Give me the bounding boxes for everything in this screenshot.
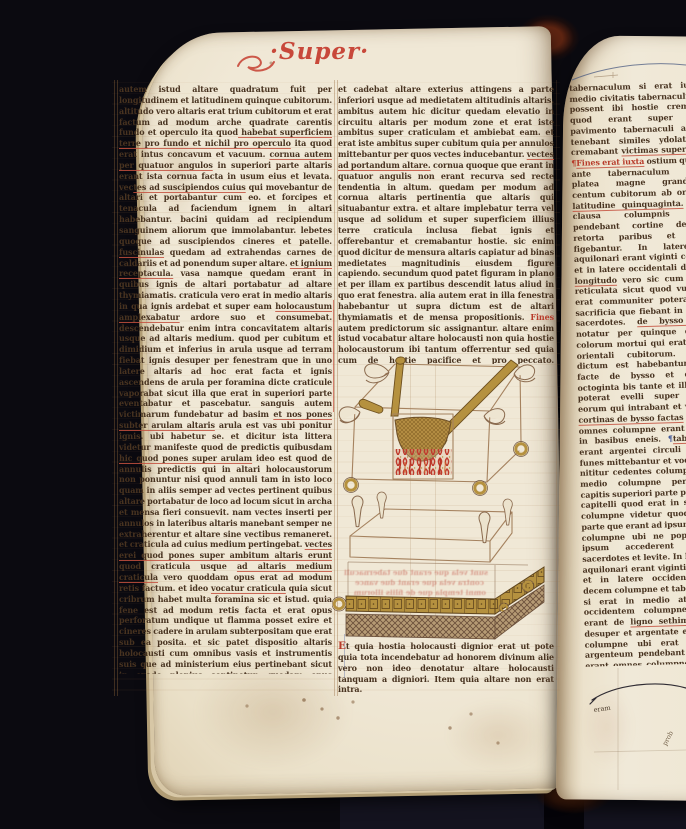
svg-text:contra vela que erant due vanc: contra vela que erant due vance xyxy=(355,578,484,587)
text-column-right-lower: Et quia hostia holocausti dignior erat u… xyxy=(338,641,554,697)
svg-text:omni templa que de filiis illo: omni templa que de filiis illorum xyxy=(353,588,486,597)
column-rule xyxy=(114,80,115,696)
text-segment: t quia hostia holocausti dignior erat ut… xyxy=(338,641,554,694)
text-column-left: autem istud altare quadratum fuit per lo… xyxy=(119,84,332,674)
text-segment: vocatur craticula xyxy=(211,583,286,593)
text-segment: tabulis vero xyxy=(673,432,686,444)
altar-flames xyxy=(394,449,452,475)
text-segment: longitudo xyxy=(574,274,617,285)
text-segment: ideo est quod de annulis predictis qui i… xyxy=(119,453,332,550)
svg-text:sunt vela que erant due tabern: sunt vela que erant due tabernaculi xyxy=(344,568,488,577)
text-segment: ligno sethim xyxy=(630,615,686,627)
text-segment: quod craticula usque xyxy=(119,561,237,571)
golden-ornament-band xyxy=(346,596,495,614)
parchment-specks xyxy=(0,0,2,2)
text-segment: hic quod pones super arulam xyxy=(119,453,252,463)
text-segment: notatur per quinque emptores colorum mor… xyxy=(576,325,686,414)
text-segment: de bysso retorta xyxy=(637,314,686,326)
column-rule xyxy=(117,80,118,696)
pole-hook xyxy=(359,399,383,413)
pen-note: eram xyxy=(593,704,611,714)
blue-pen-arc xyxy=(566,56,686,88)
table-shadow-left xyxy=(340,786,562,829)
hatched-base xyxy=(346,614,495,639)
text-segment: ardore suo et consumebat. descendebatur … xyxy=(119,312,332,420)
text-segment: tes ad suscipiendos cuius xyxy=(133,182,245,192)
running-title: ·Super· xyxy=(236,38,386,80)
show-through-text: sunt vela que erant due tabernaculi cont… xyxy=(344,568,488,597)
text-segment: et cadebat altare exterius attingens a p… xyxy=(338,84,554,159)
altar-body: sunt vela que erant due tabernaculi cont… xyxy=(332,562,544,639)
text-segment: cornua quoque que erant in quatuor angul… xyxy=(338,160,554,322)
text-segment: erant argentei circuli per quos funes mi… xyxy=(579,443,686,628)
running-title-text: ·Super· xyxy=(270,38,369,65)
facing-page-text-column: tabernaculum si erat iuxta in medio civi… xyxy=(569,79,686,667)
text-column-right-upper: et cadebat altare exterius attingens a p… xyxy=(338,84,554,364)
diagonal-note: prob xyxy=(661,730,675,747)
text-segment: victimas super altaria. xyxy=(621,143,686,156)
ledge-posts xyxy=(352,492,512,543)
text-segment: fuscinulas xyxy=(119,247,164,257)
pen-flourish: eram prob xyxy=(560,668,686,798)
text-segment: quia sicut cribrum habet multa foramina … xyxy=(119,583,332,674)
manuscript-photograph: { "heading": { "text": "·Super·" }, "col… xyxy=(0,0,686,829)
text-segment: E xyxy=(338,641,346,652)
altar-of-burnt-offering-illustration: sunt vela que erant due tabernaculi cont… xyxy=(332,356,556,642)
text-segment: Fines xyxy=(530,312,554,322)
